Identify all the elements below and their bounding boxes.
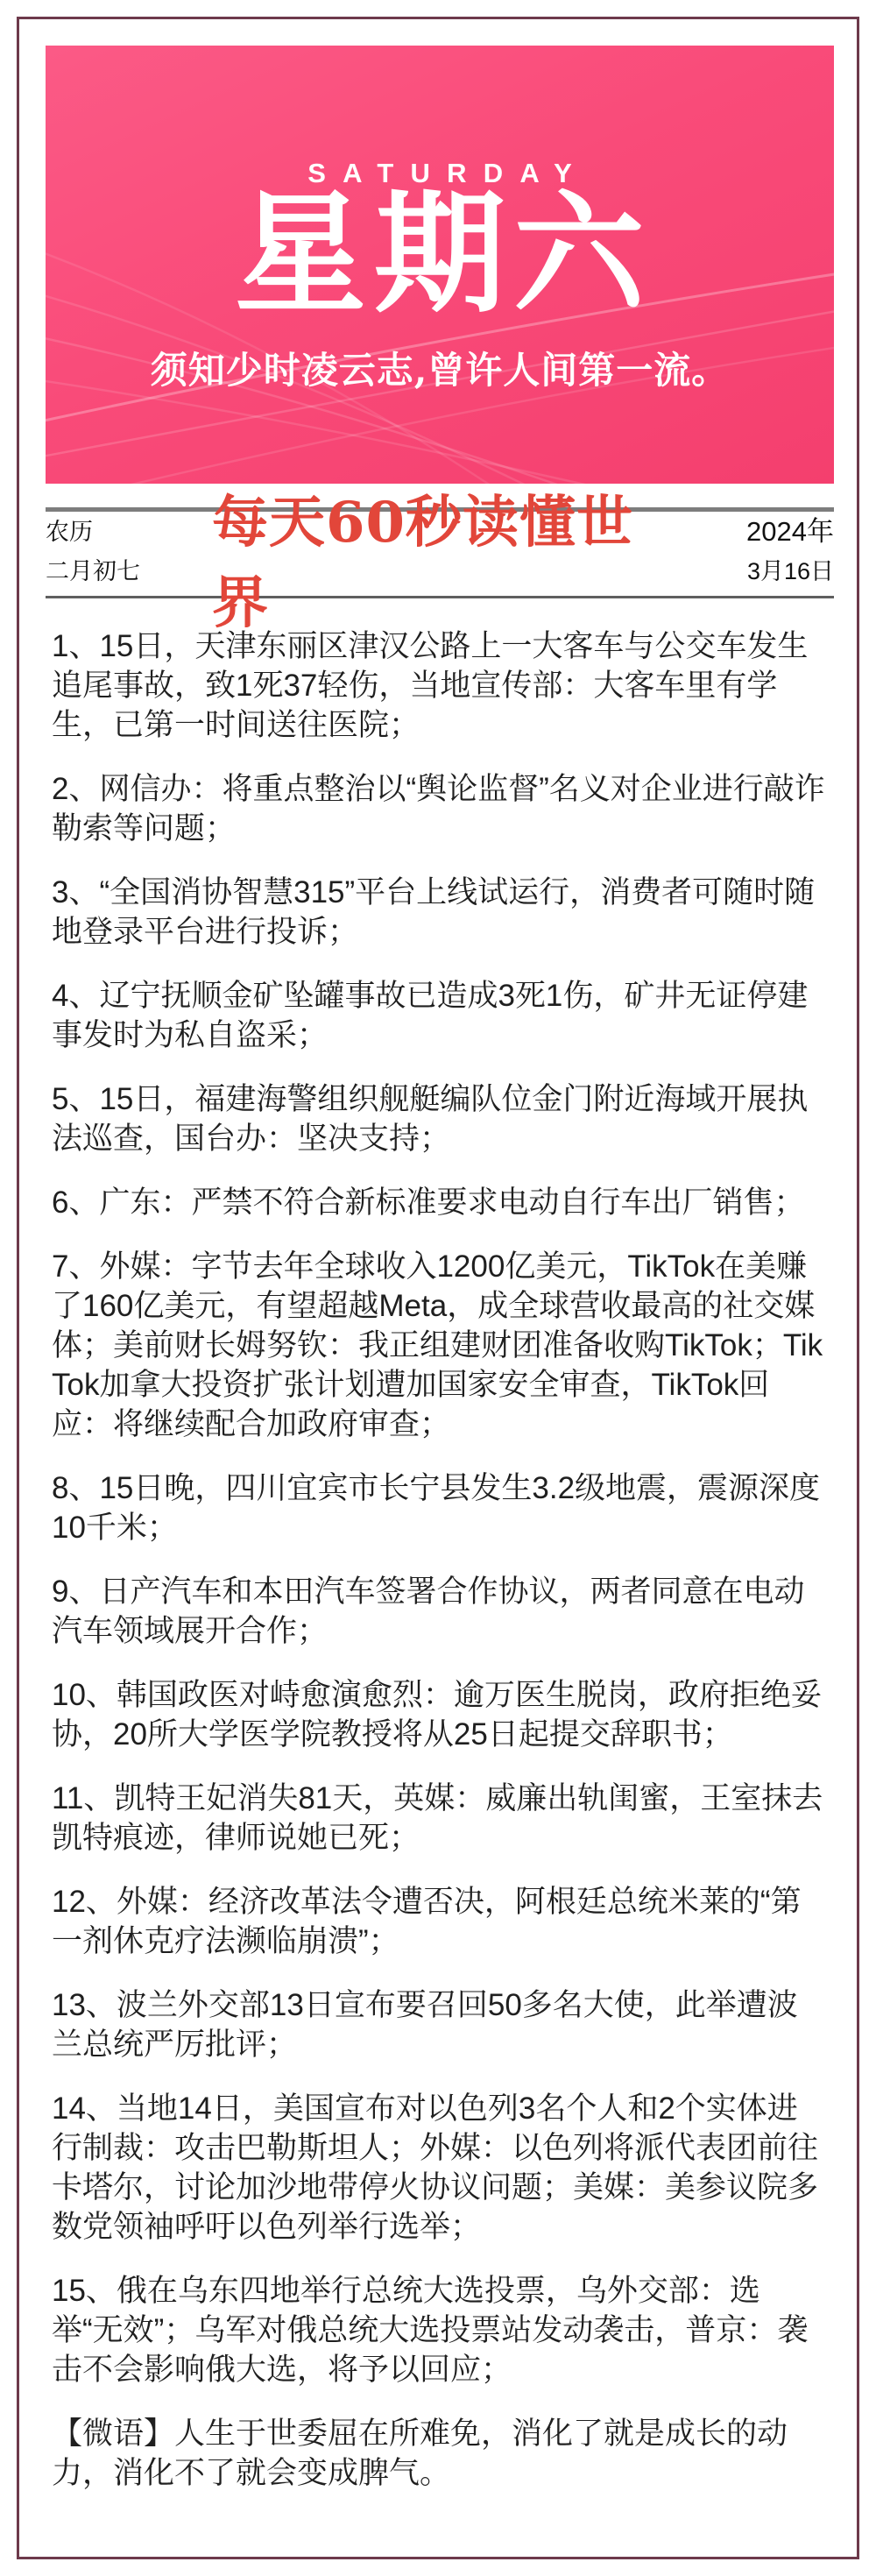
news-item: 11、凯特王妃消失81天，英媒：威廉出轨闺蜜，王室抹去凯特痕迹，律师说她已死；: [52, 1779, 828, 1858]
news-item: 13、波兰外交部13日宣布要召回50多名大使，此举遭波兰总统严厉批评；: [52, 1985, 828, 2064]
news-item: 14、当地14日，美国宣布对以色列3名个人和2个实体进行制裁：攻击巴勒斯坦人；外…: [52, 2089, 828, 2247]
news-item: 7、外媒：字节去年全球收入1200亿美元，TikTok在美赚了160亿美元，有望…: [52, 1247, 828, 1444]
lunar-date-value: 二月初七: [46, 559, 212, 584]
date-bar: 农历 二月初七 每天60秒读懂世界 2024年 3月16日: [46, 507, 834, 598]
news-item: 15、俄在乌东四地举行总统大选投票，乌外交部：选举“无效”；乌军对俄总统大选投票…: [52, 2271, 828, 2389]
news-item: 12、外媒：经济改革法令遭否决，阿根廷总统米莱的“第一剂休克疗法濒临崩溃”；: [52, 1882, 828, 1961]
daily-motto: 须知少时凌云志,曾许人间第一流。: [46, 342, 834, 394]
news-item: 10、韩国政医对峙愈演愈烈：逾万医生脱岗，政府拒绝妥协，20所大学医学院教授将从…: [52, 1675, 828, 1754]
year-value: 2024年: [668, 520, 834, 544]
date-value: 3月16日: [668, 559, 834, 584]
news-item: 4、辽宁抚顺金矿坠罐事故已造成3死1伤，矿井无证停建事发时为私自盗采；: [52, 976, 828, 1055]
lunar-calendar-label: 农历: [46, 520, 212, 544]
header-card: SATURDAY 星期六 须知少时凌云志,曾许人间第一流。: [46, 46, 834, 484]
page-title: 每天60秒读懂世界: [212, 512, 668, 596]
news-item: 6、广东：严禁不符合新标准要求电动自行车出厂销售；: [52, 1183, 828, 1222]
news-item: 5、15日，福建海警组织舰艇编队位金门附近海域开展执法巡查，国台办：坚决支持；: [52, 1079, 828, 1158]
news-item: 1、15日，天津东丽区津汉公路上一大客车与公交车发生追尾事故，致1死37轻伤，当…: [52, 626, 828, 745]
outer-border-frame: SATURDAY 星期六 须知少时凌云志,曾许人间第一流。 农历 二月初七 每天…: [17, 17, 859, 2559]
news-item: 9、日产汽车和本田汽车签署合作协议，两者同意在电动汽车领域展开合作；: [52, 1572, 828, 1651]
weiyu-quote: 【微语】人生于世委屈在所难免，消化了就是成长的动力，消化不了就会变成脾气。: [52, 2414, 828, 2493]
lunar-date-block: 农历 二月初七: [46, 512, 212, 596]
news-item: 2、网信办：将重点整治以“舆论监督”名义对企业进行敲诈勒索等问题；: [52, 769, 828, 848]
weekday-chinese-title: 星期六: [46, 184, 834, 324]
news-list: 1、15日，天津东丽区津汉公路上一大客车与公交车发生追尾事故，致1死37轻伤，当…: [52, 626, 828, 2493]
news-item: 3、“全国消协智慧315”平台上线试运行，消费者可随时随地登录平台进行投诉；: [52, 873, 828, 952]
gregorian-date-block: 2024年 3月16日: [668, 512, 834, 596]
news-item: 8、15日晚，四川宜宾市长宁县发生3.2级地震，震源深度10千米；: [52, 1468, 828, 1547]
